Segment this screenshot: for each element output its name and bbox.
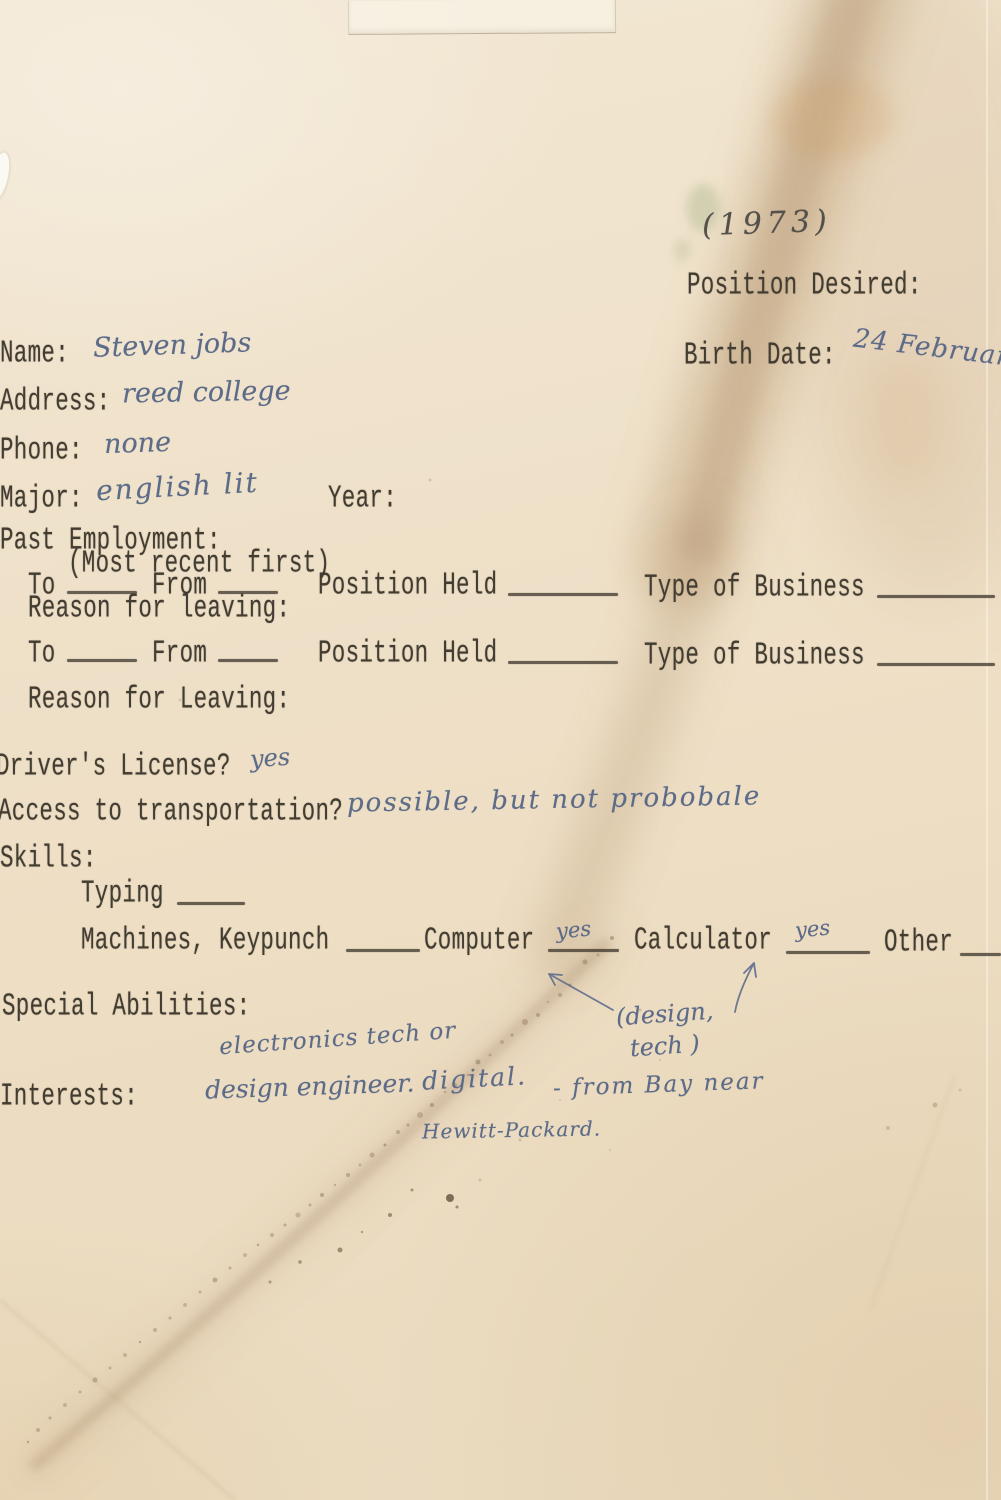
- interests-part4: Hewitt-Packard.: [422, 1116, 601, 1143]
- arrow-to-computer: [549, 974, 613, 1010]
- interests-part2: digital.: [421, 1061, 527, 1095]
- annotation-arrows: [0, 0, 1001, 1500]
- scanned-application-page: (1973) Position Desired: Name: Steven jo…: [0, 0, 1001, 1500]
- arrow-to-calculator: [735, 963, 754, 1012]
- tape-strip: [348, 0, 616, 35]
